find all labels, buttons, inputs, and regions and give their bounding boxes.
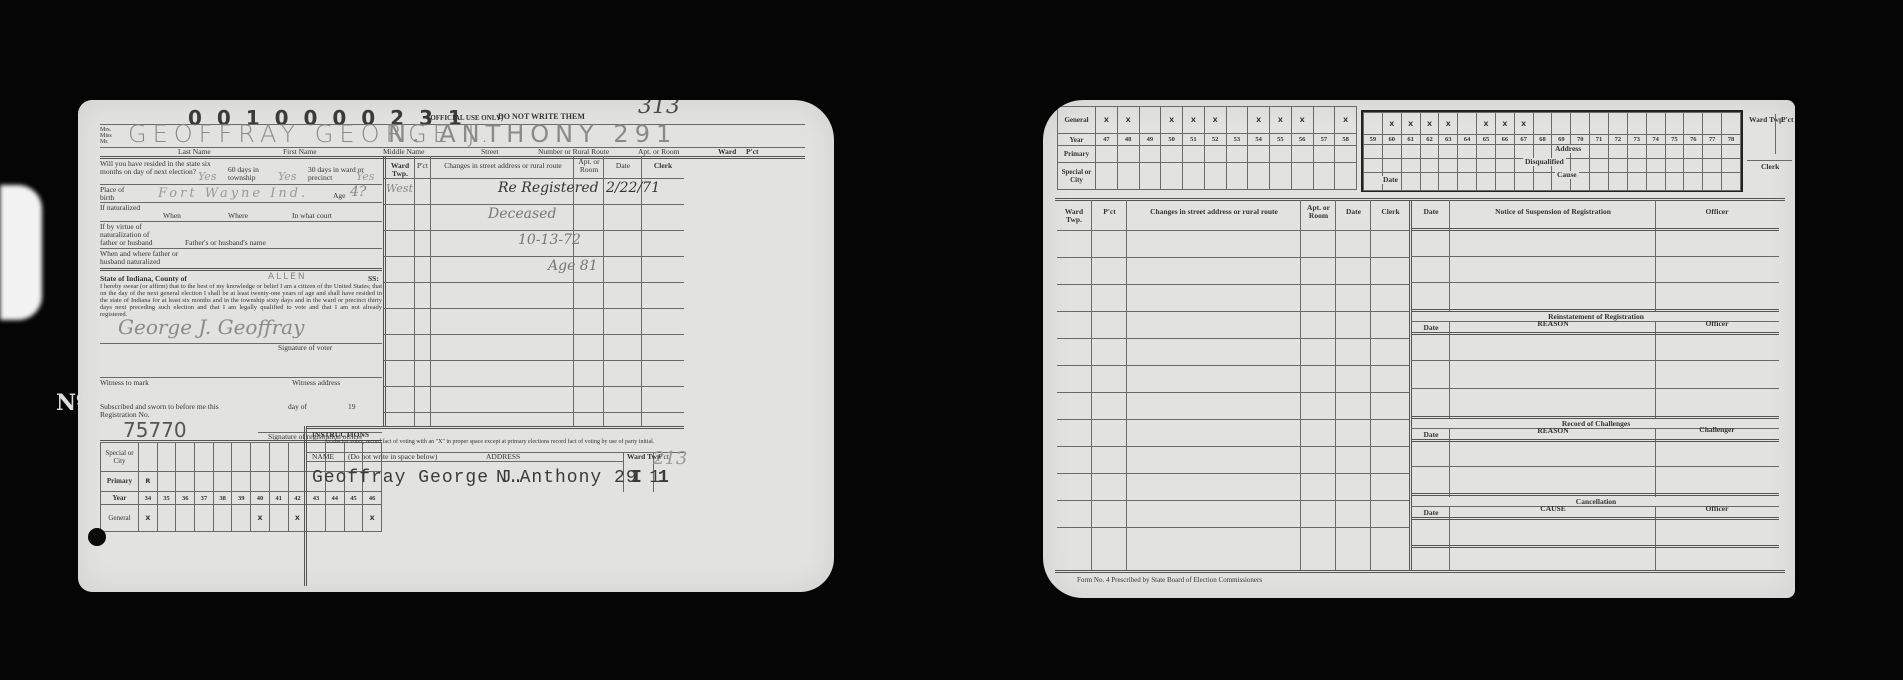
bottom-name-label: NAME (312, 453, 334, 461)
divider (384, 282, 684, 283)
last-name-label: Last Name (178, 148, 211, 156)
scan-artifact (0, 185, 42, 320)
divider (1775, 114, 1776, 154)
divider (1057, 473, 1409, 474)
oath-ss: SS: (368, 275, 379, 283)
age-label: Age (333, 192, 346, 200)
corner-number: 313 (638, 100, 680, 119)
typed-pct: 1 (658, 468, 670, 488)
cancellation-cause-header: CAUSE (1451, 505, 1655, 513)
title-labels: Mrs.MissMr. (100, 127, 112, 145)
divider (384, 308, 684, 309)
divider (1055, 570, 1785, 573)
subscribed-day-label: day of (288, 403, 307, 411)
divider (1411, 388, 1779, 389)
col-clerk: Clerk (643, 162, 683, 170)
divider (1057, 230, 1409, 231)
divider (1411, 517, 1779, 520)
instructions-title: INSTRUCTIONS (312, 431, 369, 439)
challenges-reason-header: REASON (1451, 427, 1655, 435)
divider (1057, 527, 1409, 528)
back-col-pct: P'ct (1093, 208, 1126, 216)
transfer-disqualified-label: Disqualified (1523, 158, 1566, 166)
divider (1411, 332, 1779, 335)
col-apt: Apt. or Room (575, 158, 603, 174)
col-date: Date (605, 162, 641, 170)
naturalized-court-label: In what court (292, 212, 332, 220)
divider (1300, 200, 1301, 570)
number-symbol: Nº (56, 390, 87, 416)
divider (384, 230, 684, 231)
divider (384, 412, 684, 413)
divider (306, 426, 684, 429)
divider (304, 426, 307, 586)
township-answer: Yes (278, 170, 296, 183)
divider (1057, 365, 1409, 366)
witness-mark-label: Witness to mark (100, 379, 149, 387)
subscribed-year-label: 19 (348, 403, 356, 411)
divider (1055, 198, 1785, 201)
divider (1057, 338, 1409, 339)
do-not-write-label: (Do not write in space below) (348, 453, 437, 461)
registration-number: 75770 (123, 418, 187, 442)
reinstatement-date-header: Date (1413, 324, 1449, 332)
divider (1370, 200, 1371, 570)
back-col-clerk: Clerk (1372, 208, 1409, 216)
age-value: 4? (350, 184, 366, 200)
change-row-3-text: 10-13-72 (518, 232, 581, 248)
back-pct-label: P'ct (1781, 116, 1794, 124)
divider (384, 334, 684, 335)
change-row-4-text: Age 81 (548, 258, 598, 274)
divider (100, 221, 382, 222)
divider (1057, 392, 1409, 393)
back-col-changes: Changes in street address or rural route (1128, 208, 1300, 216)
transfer-date-label: Date (1381, 176, 1400, 184)
divider (384, 360, 684, 361)
divider (384, 256, 684, 257)
back-clerk-label: Clerk (1761, 163, 1779, 171)
signature-label: Signature of voter (278, 344, 332, 352)
middle-name-label: Middle Name (383, 148, 424, 156)
col-changes: Changes in street address or rural route (433, 162, 573, 170)
challenges-date-header: Date (1413, 431, 1449, 439)
divider (306, 461, 624, 462)
county-value: ALLEN (268, 272, 307, 282)
divider (100, 202, 382, 203)
reinstatement-reason-header: REASON (1451, 320, 1655, 328)
number-label: Number or Rural Route (538, 148, 609, 156)
virtue-label: If by virtue of naturalization of father… (100, 223, 160, 247)
bottom-address-label: ADDRESS (486, 453, 520, 461)
divider (1057, 257, 1409, 258)
divider (1411, 439, 1779, 442)
change-row-1-text: Re Registered (498, 180, 599, 196)
back-col-date: Date (1337, 208, 1370, 216)
registration-card-front: 0 0 1 0 0 0 0 2 3 1 (OFFICIAL USE ONLY) … (78, 100, 834, 592)
divider (100, 343, 382, 344)
transfer-grid: XXXXXXX 5960616263 6465666768 6970717273… (1363, 112, 1741, 191)
suspension-officer-header: Officer (1657, 208, 1777, 216)
change-row-1-ward: West (386, 182, 413, 195)
reinstatement-officer-header: Officer (1657, 320, 1777, 328)
divider (1411, 466, 1779, 467)
divider (1411, 256, 1779, 257)
challenges-challenger-header: Challenger (1657, 426, 1777, 434)
father-naturalized-label: When and where father or husband natural… (100, 250, 200, 266)
divider (384, 204, 684, 205)
voter-address-handwritten: N. ANTHONY 291 (388, 120, 677, 148)
divider (1411, 228, 1779, 231)
instructions-text: As elector votes, record fact of voting … (324, 439, 684, 446)
divider (1057, 419, 1409, 420)
transfer-cause-label: Cause (1555, 171, 1579, 179)
ward-label: Ward (718, 148, 736, 156)
back-col-apt: Apt. or Room (1302, 204, 1335, 220)
witness-address-label: Witness address (292, 379, 340, 387)
typed-name: Geoffray George J. (312, 468, 524, 488)
cancellation-date-header: Date (1413, 509, 1449, 517)
change-row-2-text: Deceased (488, 206, 556, 222)
divider (1057, 311, 1409, 312)
cancellation-officer-header: Officer (1657, 505, 1777, 513)
pct-label: P'ct (746, 148, 759, 156)
back-col-ward-twp: Ward Twp. (1057, 208, 1091, 224)
registration-card-back: General XX X XX X XX X Year 474849 50515… (1043, 100, 1795, 598)
divider (1411, 360, 1779, 361)
divider (1057, 500, 1409, 501)
divider (384, 178, 684, 179)
suspension-date-header: Date (1413, 208, 1449, 216)
naturalized-where-label: Where (228, 212, 248, 220)
suspension-title: Notice of Suspension of Registration (1451, 208, 1655, 216)
birth-place-value: Fort Wayne Ind. (158, 186, 308, 201)
divider (384, 386, 684, 387)
divider (1411, 282, 1779, 283)
handwritten-pct: 213 (653, 448, 687, 469)
naturalized-label: If naturalized (100, 204, 150, 212)
transfer-address-label: Address (1553, 145, 1583, 153)
birth-place-label: Place of birth (100, 186, 140, 202)
divider (100, 268, 382, 271)
divider (1057, 284, 1409, 285)
voter-signature: George J. Geoffray (118, 315, 304, 339)
typed-ward: I (631, 468, 643, 488)
col-ward-twp: Ward Twp. (386, 162, 414, 178)
col-pct: P'ct (415, 162, 430, 170)
apt-room-label: Apt. or Room (638, 148, 679, 156)
transfer-box: XXXXXXX 5960616263 6465666768 6970717273… (1361, 110, 1743, 192)
change-row-1-date: 2/22/71 (606, 180, 660, 196)
oath-text: I hereby swear (or affirm) that to the b… (100, 283, 382, 318)
divider (1747, 160, 1792, 161)
street-label: Street (481, 148, 499, 156)
punch-hole (88, 528, 106, 546)
divider (1057, 446, 1409, 447)
first-name-label: First Name (283, 148, 317, 156)
divider (1411, 545, 1779, 548)
back-voting-grid: General XX X XX X XX X Year 474849 50515… (1057, 106, 1357, 190)
divider (1091, 200, 1092, 570)
form-footer: Form No. 4 Prescribed by State Board of … (1077, 576, 1262, 584)
divider (100, 184, 382, 185)
divider (1335, 200, 1336, 570)
naturalized-when-label: When (163, 212, 181, 220)
father-name-label: Father's or husband's name (185, 239, 266, 247)
ward-answer: Yes (356, 170, 374, 183)
oath-heading: State of Indiana, County of (100, 275, 187, 283)
back-ward-twp-label: Ward Twp. (1749, 116, 1785, 124)
divider (1126, 200, 1127, 570)
residence-answer: Yes (198, 170, 216, 183)
divider (1411, 493, 1779, 496)
